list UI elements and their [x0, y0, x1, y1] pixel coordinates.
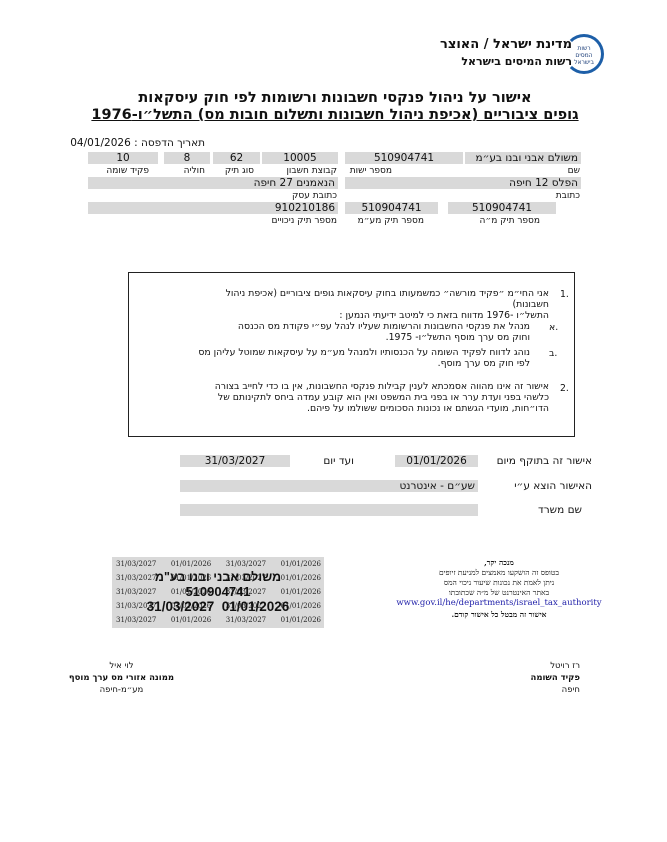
- signer-name: לוי איל: [69, 660, 174, 672]
- notice-line: ניתן לאמת את נכונות שיעור ניכוי המס: [390, 578, 608, 588]
- item-1-number: 1.: [560, 289, 569, 300]
- sub-b-line-2: לפי חוק מס ערך מוסף.: [130, 358, 530, 369]
- watermark-row-1: 31/03/202701/01/202631/03/202701/01/2026: [116, 560, 321, 568]
- signature-assessor: רז רויטל פקיד השומה חיפה: [530, 660, 580, 696]
- tax-authority-link[interactable]: www.gov.il/he/departments/israel_tax_aut…: [390, 598, 608, 608]
- signer-location: מע״מ-חיפה: [69, 684, 174, 696]
- sub-a-number: א.: [549, 322, 558, 333]
- signer-title: פקיד השומה: [530, 672, 580, 684]
- vat-file-label: מספר תיק מע״מ: [358, 216, 424, 226]
- logo-text-1: רשות: [567, 45, 601, 52]
- watermark-row-5: 31/03/202701/01/202631/03/202701/01/2026: [116, 616, 321, 624]
- deductions-file-label: מספר תיק ניכויים: [271, 216, 337, 226]
- valid-to-label: ועד יום: [323, 455, 354, 467]
- signature-vat-director: לוי איל ממונה אזורי מס ערך מוסף מע״מ-חיפ…: [69, 660, 174, 696]
- watermark-name: משולם אבני ובנו בע"מ: [112, 570, 324, 584]
- header-ministry: מדינת ישראל / האוצר: [440, 37, 572, 52]
- assessor-value: 10: [88, 152, 158, 164]
- deductions-file-value: 910210186: [88, 202, 338, 214]
- wm-date: 31/03/2027: [116, 560, 156, 568]
- wm-date: 31/03/2027: [116, 616, 156, 624]
- sub-b-text: נוהג לדווח לפקיד השומה על הכנסותיו ולמנה…: [130, 347, 530, 369]
- valid-from-value: 01/01/2026: [395, 455, 478, 467]
- assessor-label: פקיד שומה: [106, 166, 149, 176]
- logo-text-3: בישראל: [567, 59, 601, 66]
- sub-a-line-1: מנהל את פנקסי החשבונות והרשומות שעליו לנ…: [130, 321, 530, 332]
- logo-text-2: המסים: [567, 52, 601, 59]
- watermark-dates: 31/03/2027 01/01/2026: [112, 599, 324, 614]
- file-type-label: סוג תיק: [225, 166, 254, 176]
- sub-a-text: מנהל את פנקסי החשבונות והרשומות שעליו לנ…: [130, 321, 530, 343]
- entity-number-label: מספר ישות: [350, 166, 392, 176]
- vat-file-value: 510904741: [345, 202, 438, 214]
- document-title: אישור על ניהול פנקסי חשבונות ורשומות לפי…: [90, 90, 580, 106]
- issued-by-value: שע״ם - אינטרנט: [180, 480, 478, 492]
- name-value: משולם אבני ובנו בע״מ: [465, 152, 581, 164]
- item-1-text: אני החי״מ ״פקיד מורשה״ כמשמעותו בחוק עיס…: [129, 288, 549, 321]
- name-label: שם: [568, 166, 580, 176]
- income-tax-file-value: 510904741: [448, 202, 556, 214]
- entity-number-value: 510904741: [345, 152, 463, 164]
- notice-greeting: מנכה יקר,: [390, 558, 608, 568]
- wm-date: 01/01/2026: [281, 560, 321, 568]
- signer-location: חיפה: [530, 684, 580, 696]
- sub-b-line-1: נוהג לדווח לפקיד השומה על הכנסותיו ולמנה…: [130, 347, 530, 358]
- print-date-label: תאריך הדפסה :: [134, 137, 205, 149]
- wm-date: 01/01/2026: [171, 616, 211, 624]
- print-date-value: 04/01/2026: [70, 137, 131, 149]
- office-value: [180, 504, 478, 516]
- business-address-label: כתובת עסק: [292, 191, 337, 201]
- item-1-line-1: אני החי״מ ״פקיד מורשה״ כמשמעותו בחוק עיס…: [129, 288, 549, 299]
- notice-line: בטופס זה הושקעו מאמצים למניעת זיופים: [390, 568, 608, 578]
- notice-line: באתר האינטרנט של מ״ה שכתובתו: [390, 588, 608, 598]
- wm-date: 31/03/2027: [226, 616, 266, 624]
- wm-date: 31/03/2027: [226, 560, 266, 568]
- account-group-label: קבוצת חשבון: [286, 166, 337, 176]
- wm-date: 01/01/2026: [281, 616, 321, 624]
- item-2-line-2: כלשהי בפני ועדת ערר או בפני בית המשפט וא…: [129, 392, 549, 403]
- valid-from-label: אישור זה בתוקף מיום: [497, 455, 592, 467]
- item-2-line-3: הדו״חות, מועדי הגשתם או נכונות הסכומים ש…: [129, 403, 549, 414]
- item-1-line-2: חשבונות): [129, 299, 549, 310]
- item-2-line-1: אישור זה אינו מהווה אסמכתא לענין קבילות …: [129, 381, 549, 392]
- header-authority: רשות המיסים בישראל: [461, 55, 572, 68]
- tolia-label: חוליה: [184, 166, 205, 176]
- sub-b-number: ב.: [549, 348, 557, 359]
- address-label: כתובת: [556, 191, 580, 201]
- signer-name: רז רויטל: [530, 660, 580, 672]
- address-value: הפלס 12 חיפה: [345, 177, 581, 189]
- verification-notice: מנכה יקר, בטופס זה הושקעו מאמצים למניעת …: [390, 558, 608, 620]
- valid-to-value: 31/03/2027: [180, 455, 290, 467]
- income-tax-file-label: מספר תיק מ״ה: [480, 216, 540, 226]
- account-group-value: 10005: [262, 152, 338, 164]
- office-label: שם משרד: [538, 504, 582, 516]
- notice-footer: אישור זה מבטל כל אישור קודם.: [390, 610, 608, 620]
- watermark-number: 510904741: [112, 584, 324, 599]
- item-2-text: אישור זה אינו מהווה אסמכתא לענין קבילות …: [129, 381, 549, 414]
- issued-by-label: האישור הוצא ע״י: [514, 480, 592, 492]
- signer-title: ממונה אזורי מס ערך מוסף: [69, 672, 174, 684]
- item-2-number: 2.: [560, 383, 569, 394]
- sub-a-line-2: וחוק מס ערך מוסף התשל״ו- 1975.: [130, 332, 530, 343]
- tolia-value: 8: [164, 152, 210, 164]
- anti-forgery-watermark: 31/03/202701/01/202631/03/202701/01/2026…: [112, 557, 324, 628]
- business-address-value: הנאמנים 27 חיפה: [88, 177, 338, 189]
- file-type-value: 62: [213, 152, 260, 164]
- document-subtitle: גופים ציבוריים (אכיפת ניהול חשבונות ותשל…: [90, 107, 580, 123]
- wm-date: 01/01/2026: [171, 560, 211, 568]
- item-1-line-3: התשל״ו -1976 מדווח בזאת כי למיטב ידיעתי …: [129, 310, 549, 321]
- print-date: תאריך הדפסה : 04/01/2026: [70, 137, 205, 149]
